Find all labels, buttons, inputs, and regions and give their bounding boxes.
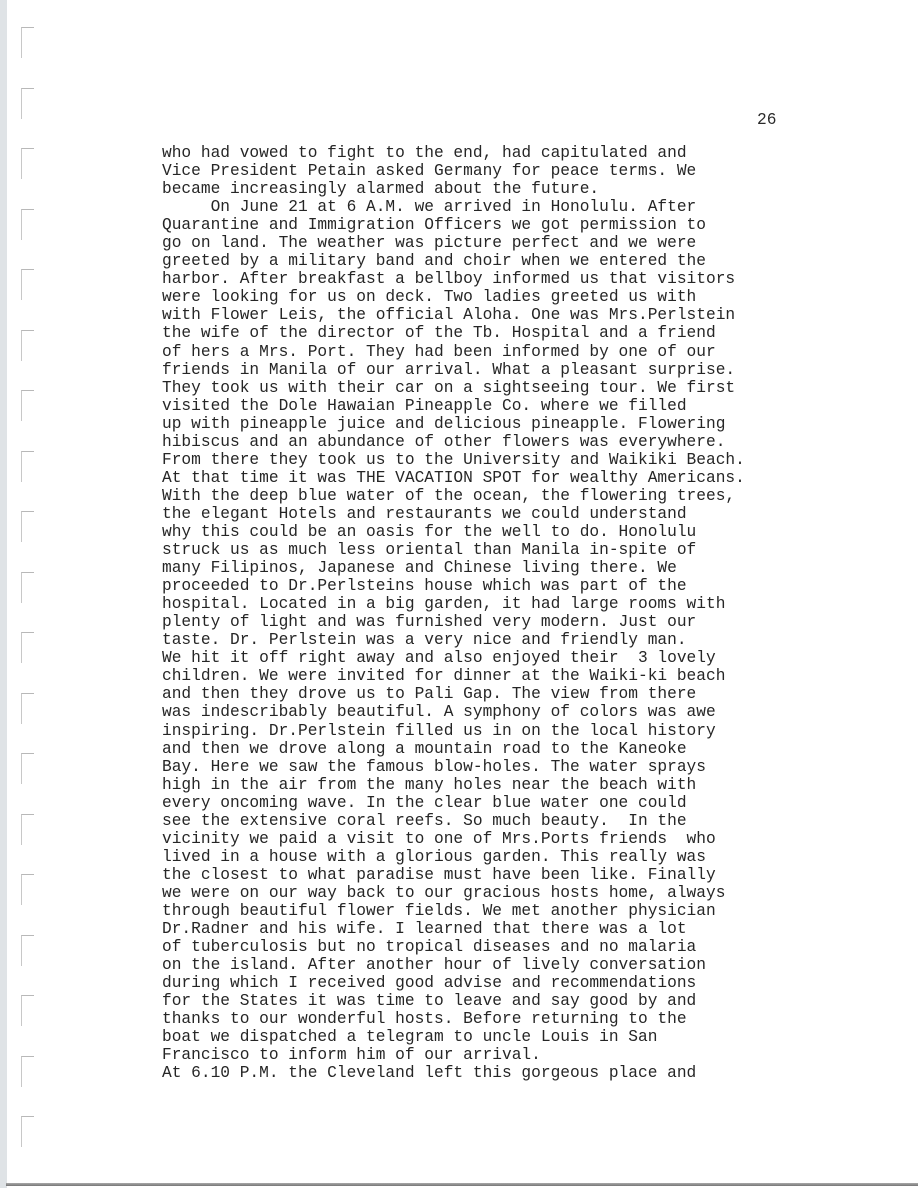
binder-mark <box>21 269 34 300</box>
text-line: Dr.Radner and his wife. I learned that t… <box>162 920 862 938</box>
binder-mark <box>21 753 34 784</box>
text-line: and then they drove us to Pali Gap. The … <box>162 685 862 703</box>
text-line: boat we dispatched a telegram to uncle L… <box>162 1028 862 1046</box>
text-line: hibiscus and an abundance of other flowe… <box>162 433 862 451</box>
text-line: From there they took us to the Universit… <box>162 451 862 469</box>
text-line: We hit it off right away and also enjoye… <box>162 649 862 667</box>
binder-mark <box>21 693 34 724</box>
text-line: every oncoming wave. In the clear blue w… <box>162 794 862 812</box>
text-line: why this could be an oasis for the well … <box>162 523 862 541</box>
text-line: Bay. Here we saw the famous blow-holes. … <box>162 758 862 776</box>
text-line: we were on our way back to our gracious … <box>162 884 862 902</box>
binder-mark <box>21 209 34 240</box>
text-line: At that time it was THE VACATION SPOT fo… <box>162 469 862 487</box>
text-line: hospital. Located in a big garden, it ha… <box>162 595 862 613</box>
text-line: for the States it was time to leave and … <box>162 992 862 1010</box>
body-text: who had vowed to fight to the end, had c… <box>162 144 862 1082</box>
text-line: friends in Manila of our arrival. What a… <box>162 361 862 379</box>
text-line: was indescribably beautiful. A symphony … <box>162 703 862 721</box>
binder-mark <box>21 632 34 663</box>
binder-mark <box>21 995 34 1026</box>
text-line: of tuberculosis but no tropical diseases… <box>162 938 862 956</box>
text-line: With the deep blue water of the ocean, t… <box>162 487 862 505</box>
text-line: and then we drove along a mountain road … <box>162 740 862 758</box>
scan-bottom-edge <box>6 1183 918 1186</box>
binder-mark <box>21 27 34 58</box>
text-line: see the extensive coral reefs. So much b… <box>162 812 862 830</box>
text-line: with Flower Leis, the official Aloha. On… <box>162 306 862 324</box>
binder-hole-marks <box>0 0 40 1188</box>
text-line: who had vowed to fight to the end, had c… <box>162 144 862 162</box>
binder-mark <box>21 935 34 966</box>
text-line: the closest to what paradise must have b… <box>162 866 862 884</box>
text-line: harbor. After breakfast a bellboy inform… <box>162 270 862 288</box>
binder-mark <box>21 1116 34 1147</box>
binder-mark <box>21 88 34 119</box>
binder-mark <box>21 148 34 179</box>
text-line: go on land. The weather was picture perf… <box>162 234 862 252</box>
text-line: lived in a house with a glorious garden.… <box>162 848 862 866</box>
binder-mark <box>21 1056 34 1087</box>
text-line: struck us as much less oriental than Man… <box>162 541 862 559</box>
text-line: taste. Dr. Perlstein was a very nice and… <box>162 631 862 649</box>
binder-mark <box>21 511 34 542</box>
text-line: Francisco to inform him of our arrival. <box>162 1046 862 1064</box>
text-line: the wife of the director of the Tb. Hosp… <box>162 324 862 342</box>
text-line: proceeded to Dr.Perlsteins house which w… <box>162 577 862 595</box>
page-number: 26 <box>757 111 776 129</box>
text-line: Quarantine and Immigration Officers we g… <box>162 216 862 234</box>
text-line: through beautiful flower fields. We met … <box>162 902 862 920</box>
binder-mark <box>21 572 34 603</box>
text-line: thanks to our wonderful hosts. Before re… <box>162 1010 862 1028</box>
text-line: plenty of light and was furnished very m… <box>162 613 862 631</box>
text-line: visited the Dole Hawaian Pineapple Co. w… <box>162 397 862 415</box>
text-line: children. We were invited for dinner at … <box>162 667 862 685</box>
text-line: On June 21 at 6 A.M. we arrived in Honol… <box>162 198 862 216</box>
binder-mark <box>21 874 34 905</box>
text-line: on the island. After another hour of liv… <box>162 956 862 974</box>
text-line: They took us with their car on a sightse… <box>162 379 862 397</box>
text-line: At 6.10 P.M. the Cleveland left this gor… <box>162 1064 862 1082</box>
text-line: became increasingly alarmed about the fu… <box>162 180 862 198</box>
text-line: of hers a Mrs. Port. They had been infor… <box>162 343 862 361</box>
text-line: were looking for us on deck. Two ladies … <box>162 288 862 306</box>
text-line: during which I received good advise and … <box>162 974 862 992</box>
text-line: high in the air from the many holes near… <box>162 776 862 794</box>
text-line: greeted by a military band and choir whe… <box>162 252 862 270</box>
text-line: inspiring. Dr.Perlstein filled us in on … <box>162 722 862 740</box>
text-line: vicinity we paid a visit to one of Mrs.P… <box>162 830 862 848</box>
binder-mark <box>21 451 34 482</box>
text-line: many Filipinos, Japanese and Chinese liv… <box>162 559 862 577</box>
binder-mark <box>21 814 34 845</box>
text-line: the elegant Hotels and restaurants we co… <box>162 505 862 523</box>
binder-mark <box>21 390 34 421</box>
binder-mark <box>21 330 34 361</box>
text-line: up with pineapple juice and delicious pi… <box>162 415 862 433</box>
text-line: Vice President Petain asked Germany for … <box>162 162 862 180</box>
